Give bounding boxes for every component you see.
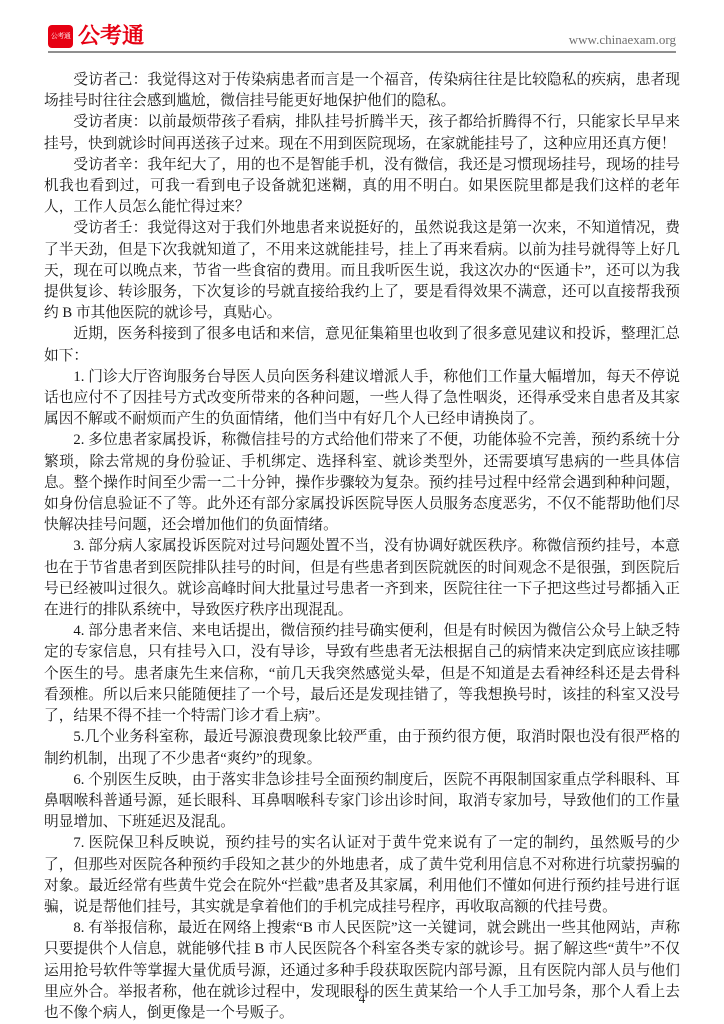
paragraph: 5.几个业务科室称，最近号源浪费现象比较严重，由于预约很方便，取消时限也没有很严… [44,727,680,769]
paragraph: 受访者辛：我年纪大了，用的也不是智能手机，没有微信，我还是习惯现场挂号，现场的挂… [44,155,680,219]
paragraph: 4. 部分患者来信、来电话提出，微信预约挂号确实便利，但是有时候因为微信公众号上… [44,621,680,727]
page-header: 公考通 公考通 www.chinaexam.org [0,0,724,53]
paragraph: 受访者己：我觉得这对于传染病患者而言是一个福音，传染病往往是比较隐私的疾病，患者… [44,70,680,112]
logo-text: 公考通 [78,24,144,48]
paragraph: 受访者庚：以前最烦带孩子看病，排队挂号折腾半天，孩子都给折腾得不行，只能家长早早… [44,112,680,154]
paragraph: 受访者壬：我觉得这对于我们外地患者来说挺好的，虽然说我这是第一次来，不知道情况，… [44,218,680,324]
site-logo: 公考通 公考通 [48,24,144,48]
paragraph: 近期，医务科接到了很多电话和来信，意见征集箱里也收到了很多意见建议和投诉，整理汇… [44,324,680,366]
site-url: www.chinaexam.org [569,32,676,48]
document-page: 公考通 公考通 www.chinaexam.org 受访者己：我觉得这对于传染病… [0,0,724,1024]
paragraph: 7. 医院保卫科反映说，预约挂号的实名认证对于黄牛党来说有了一定的制约，虽然贩号… [44,833,680,918]
paragraph: 2. 多位患者家属投诉，称微信挂号的方式给他们带来了不便，功能体验不完善，预约系… [44,430,680,536]
page-number: 4 [359,991,366,1006]
page-footer: 4 [0,990,724,1008]
header-rule: 公考通 公考通 www.chinaexam.org [48,24,676,53]
document-body: 受访者己：我觉得这对于传染病患者而言是一个福音，传染病往往是比较隐私的疾病，患者… [0,53,724,1024]
paragraph: 1. 门诊大厅咨询服务台导医人员向医务科建议增派人手，称他们工作量大幅增加，每天… [44,367,680,431]
logo-badge-icon: 公考通 [48,25,73,48]
paragraph: 3. 部分病人家属投诉医院对过号问题处置不当，没有协调好就医秩序。称微信预约挂号… [44,536,680,621]
paragraph: 6. 个别医生反映，由于落实非急诊挂号全面预约制度后，医院不再限制国家重点学科眼… [44,770,680,834]
paragraph: 8. 有举报信称，最近在网络上搜索“B 市人民医院”这一关键词，就会跳出一些其他… [44,918,680,1024]
